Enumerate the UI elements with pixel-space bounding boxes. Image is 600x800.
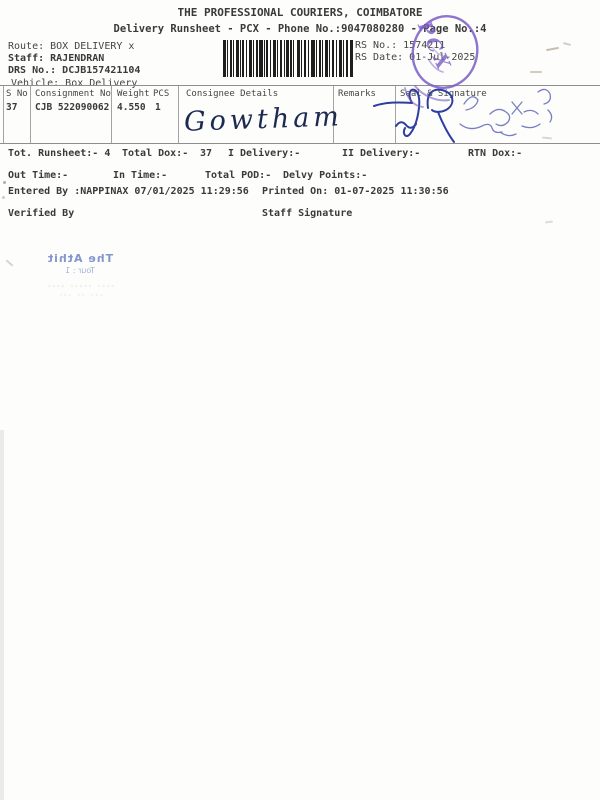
total-dox-value: 37 [200, 148, 212, 160]
scan-artifact-dash [563, 42, 571, 46]
in-time-field: In Time:- [113, 170, 167, 182]
consignment-barcode [223, 40, 353, 77]
table-header-consignee-details: Consignee Details [186, 89, 278, 99]
scanned-delivery-runsheet: THE PROFESSIONAL COURIERS, COIMBATORE De… [0, 0, 600, 800]
row-cell-pcs: 1 [155, 103, 161, 114]
rtn-dox-field: RTN Dox:- [468, 148, 522, 160]
bleed-through-stamp: The Athit Tour : 1 ···· ····· ···· ··· ·… [18, 252, 142, 300]
company-title: THE PROFESSIONAL COURIERS, COIMBATORE [0, 7, 600, 20]
scan-artifact-dash [546, 47, 559, 51]
staff-signature-label: Staff Signature [262, 208, 352, 220]
drs-no-field: DRS No.: DCJB157421104 [8, 65, 140, 77]
out-time-field: Out Time:- [8, 170, 68, 182]
scan-artifact-dash [545, 220, 553, 223]
delvy-points-field: Delvy Points:- [283, 170, 367, 182]
table-column-line [111, 86, 112, 143]
entered-by-field: Entered By :NAPPINAX 07/01/2025 11:29:56 [8, 186, 249, 198]
verified-by-label: Verified By [8, 208, 74, 220]
printed-on-field: Printed On: 01-07-2025 11:30:56 [262, 186, 449, 198]
row-cell-s-no: 37 [6, 103, 17, 114]
table-column-line [3, 86, 4, 143]
tot-runsheet-field: Tot. Runsheet:- 4 [8, 148, 110, 160]
table-header-weight: Weight [117, 89, 150, 99]
table-header-consignment-no: Consignment No [35, 89, 111, 99]
row-cell-weight: 4.550 [117, 103, 146, 114]
row-cell-consignment-no: CJB 522090062 [35, 103, 109, 114]
total-pod-field: Total POD:- [205, 170, 271, 182]
table-column-line [178, 86, 179, 143]
ii-delivery-field: II Delivery:- [342, 148, 420, 160]
i-delivery-field: I Delivery:- [228, 148, 300, 160]
table-header-remarks: Remarks [338, 89, 376, 99]
scan-artifact-dot [2, 196, 5, 199]
route-field: Route: BOX DELIVERY x [8, 41, 134, 53]
scan-artifact-dash [5, 259, 13, 266]
total-dox-label: Total Dox:- [122, 148, 188, 160]
staff-field: Staff: RAJENDRAN [8, 53, 104, 65]
bleed-through-line: The Athit [18, 252, 142, 265]
table-header-pcs: PCS [153, 89, 169, 99]
bleed-through-line: Tour : 1 [18, 266, 142, 275]
bleed-through-line: ··· ·· ··· [18, 291, 142, 300]
bleed-through-line: ···· ····· ···· [18, 282, 142, 291]
table-column-line [30, 86, 31, 143]
scan-artifact-dash [530, 71, 542, 73]
scan-edge-strip [0, 430, 4, 800]
runsheet-subtitle: Delivery Runsheet - PCX - Phone No.:9047… [0, 23, 600, 35]
table-header-s-no: S No [6, 89, 28, 99]
consignee-handwriting: Gowtham [184, 101, 344, 138]
scan-artifact-dot [3, 181, 6, 184]
